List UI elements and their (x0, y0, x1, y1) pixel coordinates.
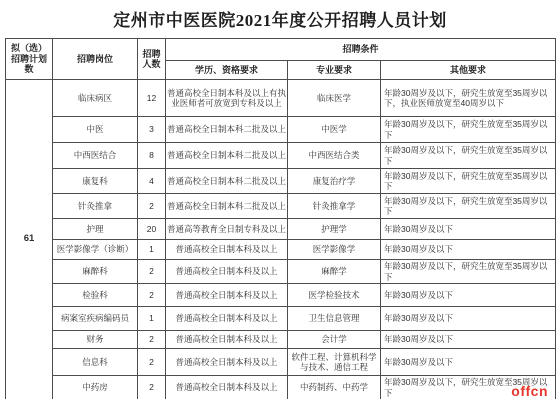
header-conditions: 招聘条件 (166, 39, 556, 61)
cell-count: 2 (138, 284, 166, 307)
cell-education: 普通高校全日制本科及以上有执业医师者可放宽到专科及以上 (166, 80, 288, 117)
cell-education: 普通高校全日制本科及以上 (166, 376, 288, 399)
cell-position: 针灸推拿 (53, 194, 138, 219)
cell-position: 检验科 (53, 284, 138, 307)
cell-position: 信息科 (53, 349, 138, 376)
cell-count: 1 (138, 240, 166, 260)
cell-major: 中医学 (288, 117, 381, 143)
cell-major: 针灸推拿学 (288, 194, 381, 219)
table-row: 护理20普通高等教育全日制专科及以上护理学年龄30周岁及以下 (6, 219, 556, 240)
table-row: 财务2普通高校全日制本科及以上会计学年龄30周岁及以下 (6, 331, 556, 349)
table-row: 中西医结合8普通高校全日制本科二批及以上中西医结合类年龄30周岁及以下，研究生放… (6, 143, 556, 169)
header-other: 其他要求 (381, 61, 556, 80)
cell-other: 年龄30周岁及以下 (381, 331, 556, 349)
cell-education: 普通高校全日制本科及以上 (166, 307, 288, 331)
cell-other: 年龄30周岁及以下，研究生放宽至35周岁以下 (381, 260, 556, 284)
cell-position: 中医 (53, 117, 138, 143)
cell-count: 8 (138, 143, 166, 169)
table-row: 中医3普通高校全日制本科二批及以上中医学年龄30周岁及以下，研究生放宽至35周岁… (6, 117, 556, 143)
table-row: 针灸推拿2普通高校全日制本科二批及以上针灸推拿学年龄30周岁及以下，研究生放宽至… (6, 194, 556, 219)
table-row: 医学影像学（诊断）1普通高校全日制本科及以上医学影像学年龄30周岁及以下 (6, 240, 556, 260)
cell-position: 护理 (53, 219, 138, 240)
cell-education: 普通高校全日制本科及以上 (166, 240, 288, 260)
cell-count: 2 (138, 331, 166, 349)
cell-major: 卫生信息管理 (288, 307, 381, 331)
cell-education: 普通高校全日制本科二批及以上 (166, 117, 288, 143)
cell-major: 康复治疗学 (288, 169, 381, 194)
page-title: 定州市中医医院2021年度公开招聘人员计划 (0, 6, 560, 31)
cell-education: 普通高校全日制本科二批及以上 (166, 194, 288, 219)
cell-education: 普通高校全日制本科及以上 (166, 331, 288, 349)
cell-count: 3 (138, 117, 166, 143)
cell-count: 12 (138, 80, 166, 117)
cell-education: 普通高校全日制本科二批及以上 (166, 169, 288, 194)
header-plan-total: 拟（选）招聘计划数 (6, 39, 53, 80)
cell-education: 普通高等教育全日制专科及以上 (166, 219, 288, 240)
cell-education: 普通高校全日制本科及以上 (166, 349, 288, 376)
cell-education: 普通高校全日制本科及以上 (166, 260, 288, 284)
table-row: 中药房2普通高校全日制本科及以上中药制药、中药学年龄30周岁及以下，研究生放宽至… (6, 376, 556, 399)
cell-education: 普通高校全日制本科及以上 (166, 284, 288, 307)
cell-other: 年龄30周岁及以下 (381, 307, 556, 331)
recruitment-table: 拟（选）招聘计划数 招聘岗位 招聘人数 招聘条件 学历、资格要求 专业要求 其他… (5, 38, 556, 399)
cell-major: 医学检验技术 (288, 284, 381, 307)
cell-position: 中西医结合 (53, 143, 138, 169)
cell-other: 年龄30周岁及以下 (381, 240, 556, 260)
cell-other: 年龄30周岁及以下 (381, 284, 556, 307)
cell-count: 2 (138, 376, 166, 399)
cell-position: 财务 (53, 331, 138, 349)
cell-other: 年龄30周岁及以下 (381, 219, 556, 240)
header-count: 招聘人数 (138, 39, 166, 80)
cell-other: 年龄30周岁及以下，研究生放宽至35周岁以下，执业医师放宽至40周岁以下 (381, 80, 556, 117)
cell-education: 普通高校全日制本科二批及以上 (166, 143, 288, 169)
table-row: 61临床病区12普通高校全日制本科及以上有执业医师者可放宽到专科及以上临床医学年… (6, 80, 556, 117)
table-row: 病案室疾病编码员1普通高校全日制本科及以上卫生信息管理年龄30周岁及以下 (6, 307, 556, 331)
cell-major: 护理学 (288, 219, 381, 240)
table-row: 检验科2普通高校全日制本科及以上医学检验技术年龄30周岁及以下 (6, 284, 556, 307)
cell-position: 康复科 (53, 169, 138, 194)
table-body: 61临床病区12普通高校全日制本科及以上有执业医师者可放宽到专科及以上临床医学年… (6, 80, 556, 399)
table-header: 拟（选）招聘计划数 招聘岗位 招聘人数 招聘条件 学历、资格要求 专业要求 其他… (6, 39, 556, 80)
cell-major: 医学影像学 (288, 240, 381, 260)
cell-position: 医学影像学（诊断） (53, 240, 138, 260)
cell-count: 2 (138, 194, 166, 219)
table-row: 信息科2普通高校全日制本科及以上软件工程、计算机科学与技术、通信工程年龄30周岁… (6, 349, 556, 376)
cell-count: 2 (138, 349, 166, 376)
table-row: 麻醉科2普通高校全日制本科及以上麻醉学年龄30周岁及以下，研究生放宽至35周岁以… (6, 260, 556, 284)
plan-total-cell: 61 (6, 80, 53, 399)
cell-count: 20 (138, 219, 166, 240)
cell-other: 年龄30周岁及以下，研究生放宽至35周岁以下 (381, 117, 556, 143)
header-education: 学历、资格要求 (166, 61, 288, 80)
cell-other: 年龄30周岁及以下 (381, 349, 556, 376)
cell-major: 中药制药、中药学 (288, 376, 381, 399)
cell-other: 年龄30周岁及以下，研究生放宽至35周岁以下 (381, 169, 556, 194)
cell-other: 年龄30周岁及以下，研究生放宽至35周岁以下 (381, 143, 556, 169)
table-row: 康复科4普通高校全日制本科二批及以上康复治疗学年龄30周岁及以下，研究生放宽至3… (6, 169, 556, 194)
header-position: 招聘岗位 (53, 39, 138, 80)
cell-major: 中西医结合类 (288, 143, 381, 169)
cell-position: 临床病区 (53, 80, 138, 117)
cell-position: 麻醉科 (53, 260, 138, 284)
header-major: 专业要求 (288, 61, 381, 80)
offcn-watermark: offcn (511, 383, 548, 399)
cell-other: 年龄30周岁及以下，研究生放宽至35周岁以下 (381, 194, 556, 219)
cell-major: 麻醉学 (288, 260, 381, 284)
cell-major: 会计学 (288, 331, 381, 349)
cell-count: 4 (138, 169, 166, 194)
cell-count: 2 (138, 260, 166, 284)
cell-position: 病案室疾病编码员 (53, 307, 138, 331)
cell-count: 1 (138, 307, 166, 331)
document-page: 定州市中医医院2021年度公开招聘人员计划 拟（选）招聘计划数 招聘岗位 招聘人… (0, 0, 560, 399)
cell-major: 临床医学 (288, 80, 381, 117)
cell-position: 中药房 (53, 376, 138, 399)
cell-major: 软件工程、计算机科学与技术、通信工程 (288, 349, 381, 376)
